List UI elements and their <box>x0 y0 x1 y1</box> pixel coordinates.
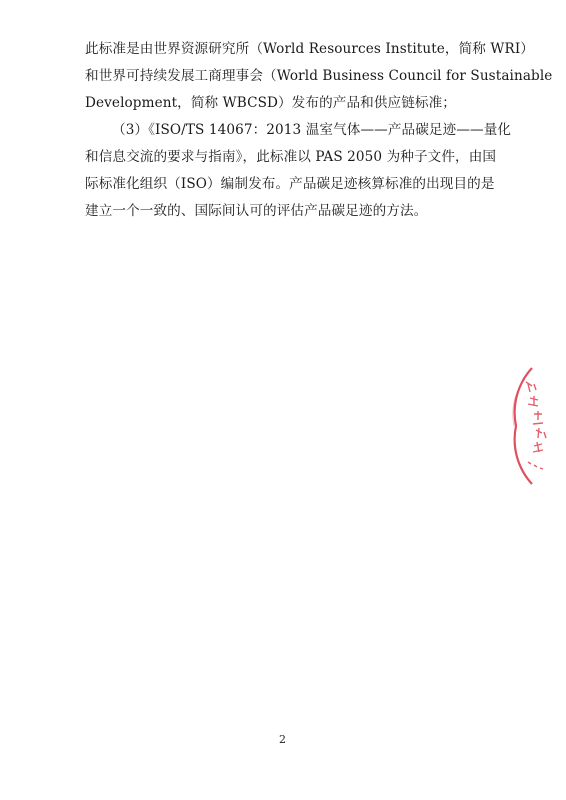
document-page: 此标准是由世界资源研究所（World Resources Institute，简… <box>0 0 566 800</box>
paragraph-line: Development，简称 WBCSD）发布的产品和供应链标准； <box>85 90 495 117</box>
paragraph-line: 此标准是由世界资源研究所（World Resources Institute，简… <box>85 36 495 63</box>
paragraph-line-item-3: （3）《ISO/TS 14067：2013 温室气体——产品碳足迹——量化 <box>85 117 495 144</box>
body-text: 此标准是由世界资源研究所（World Resources Institute，简… <box>85 36 495 225</box>
official-seal-stamp <box>512 364 566 488</box>
paragraph-line: 际标准化组织（ISO）编制发布。产品碳足迹核算标准的出现目的是 <box>85 171 495 198</box>
paragraph-line: 和世界可持续发展工商理事会（World Business Council for… <box>85 63 495 90</box>
paragraph-line: 和信息交流的要求与指南》，此标准以 PAS 2050 为种子文件，由国 <box>85 144 495 171</box>
page-number: 2 <box>279 733 286 746</box>
seal-icon <box>512 364 566 488</box>
paragraph-line: 建立一个一致的、国际间认可的评估产品碳足迹的方法。 <box>85 198 495 225</box>
